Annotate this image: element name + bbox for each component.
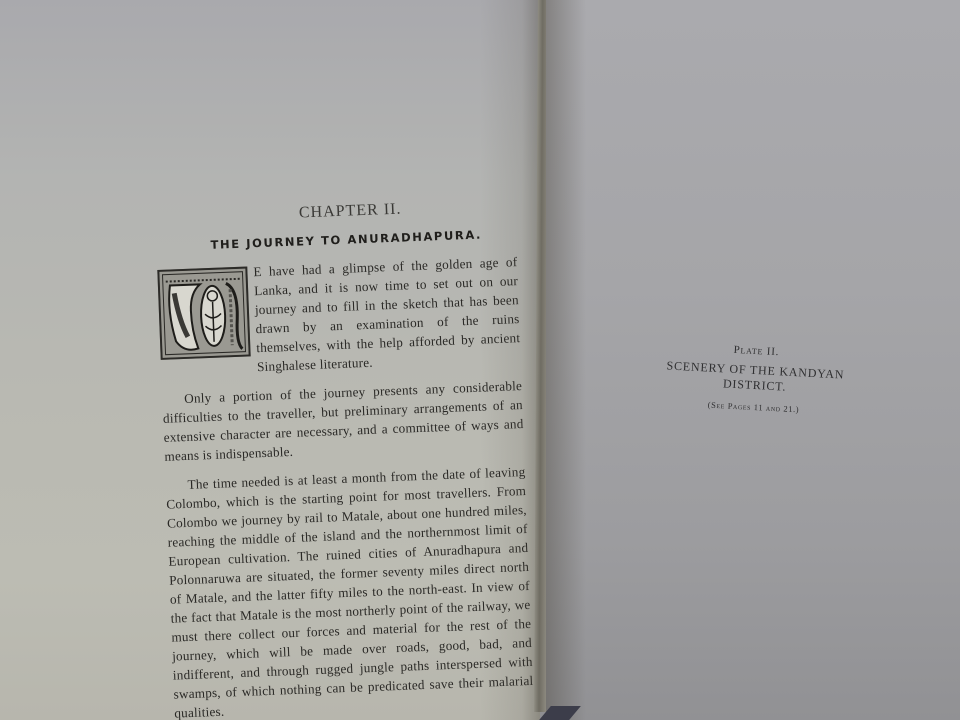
paragraph: The time needed is at least a month from… <box>165 462 534 720</box>
chapter-title: THE JOURNEY TO ANURADHAPURA. <box>176 226 516 253</box>
plate-title: SCENERY OF THE KANDYAN DISTRICT. <box>639 357 870 399</box>
ornamental-letter-w-icon <box>159 269 248 358</box>
open-book: CHAPTER II. THE JOURNEY TO ANURADHAPURA. <box>0 0 960 720</box>
chapter-text-block: CHAPTER II. THE JOURNEY TO ANURADHAPURA. <box>155 196 534 720</box>
opening-paragraph: E have had a glimpse of the golden age o… <box>157 252 521 380</box>
plate-caption: Plate II. SCENERY OF THE KANDYAN DISTRIC… <box>638 339 871 418</box>
chapter-number: CHAPTER II. <box>185 196 515 227</box>
left-page: CHAPTER II. THE JOURNEY TO ANURADHAPURA. <box>0 0 540 720</box>
illuminated-drop-cap-icon <box>157 267 250 360</box>
opening-paragraph-text: E have had a glimpse of the golden age o… <box>253 252 521 376</box>
paragraph: Only a portion of the journey presents a… <box>162 376 525 466</box>
